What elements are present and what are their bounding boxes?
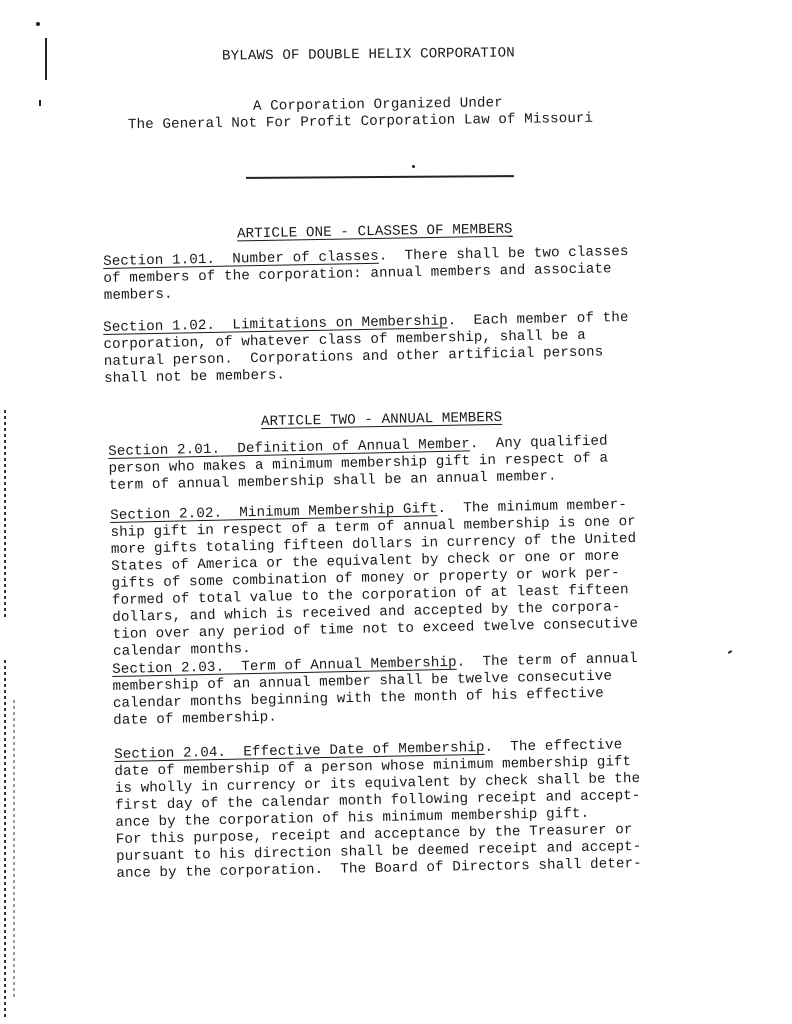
- section-text: Each member of the: [473, 310, 628, 329]
- section-text: Any qualified: [496, 434, 608, 452]
- scan-edge-line: [4, 410, 6, 620]
- scan-speck: [36, 22, 40, 26]
- scan-speck: [728, 650, 732, 654]
- scan-speck: [412, 165, 415, 168]
- document-title: BYLAWS OF DOUBLE HELIX CORPORATION: [222, 45, 515, 65]
- section-2-04: Section 2.04. Effective Date of Membersh…: [114, 737, 642, 883]
- section-2-02: Section 2.02. Minimum Membership Gift. T…: [110, 497, 639, 661]
- section-text: The term of annual: [482, 651, 637, 670]
- section-text: The effective: [510, 737, 622, 755]
- scanned-page: BYLAWS OF DOUBLE HELIX CORPORATION A Cor…: [0, 0, 792, 1024]
- article-heading: ARTICLE ONE - CLASSES OF MEMBERS: [237, 222, 513, 244]
- section-number: Section 1.01.: [103, 252, 215, 270]
- scan-edge-mark: [39, 100, 41, 106]
- section-1-01: Section 1.01. Number of classes. There s…: [103, 244, 629, 305]
- section-number: Section 2.04.: [114, 745, 226, 763]
- section-1-02: Section 1.02. Limitations on Membership.…: [103, 310, 630, 388]
- section-number: Section 2.03.: [112, 660, 224, 678]
- section-number: Section 2.02.: [110, 506, 222, 524]
- section-2-01: Section 2.01. Definition of Annual Membe…: [108, 434, 609, 495]
- document-subtitle-line-2: The General Not For Profit Corporation L…: [128, 111, 593, 134]
- section-number: Section 2.01.: [108, 442, 220, 460]
- section-number: Section 1.02.: [103, 318, 215, 336]
- title-separator-rule: [246, 175, 514, 178]
- section-2-03: Section 2.03. Term of Annual Membership.…: [112, 651, 639, 730]
- article-heading: ARTICLE TWO - ANNUAL MEMBERS: [261, 410, 502, 431]
- scan-edge-line: [4, 660, 6, 1020]
- scan-edge-line: [13, 700, 15, 1000]
- scan-edge-mark: [45, 38, 47, 80]
- section-title: Number of classes: [232, 249, 379, 268]
